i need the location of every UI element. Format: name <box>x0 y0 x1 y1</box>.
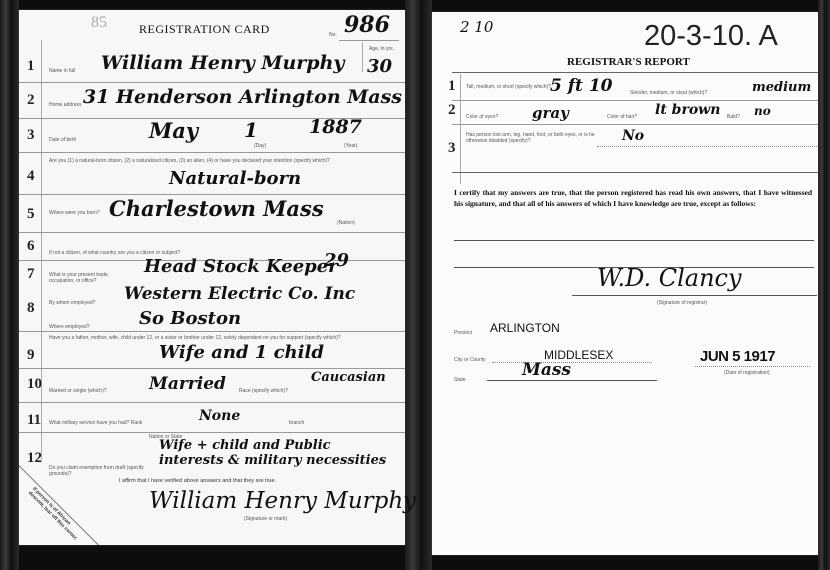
field-label: Where were you born? <box>49 210 100 216</box>
field-label: By whom employed? <box>49 300 95 306</box>
row-number: 3 <box>27 127 35 144</box>
field-label: Home address <box>49 102 82 108</box>
row-number: 8 <box>27 300 35 317</box>
county-label: City or County <box>454 357 486 363</box>
field-label: What military service have you had? Rank <box>49 420 142 426</box>
state-label: State <box>454 377 466 383</box>
bald-value: no <box>754 104 771 118</box>
row-number: 1 <box>27 58 35 75</box>
field-label: Are you (1) a natural-born citizen, (2) … <box>49 158 399 164</box>
field-label: Slender, medium, or stout (which)? <box>630 90 707 96</box>
build-value: medium <box>752 80 811 95</box>
form-code: 20-3-10. A <box>644 20 778 53</box>
handwritten-corner-note: 2 10 <box>460 18 493 36</box>
card-title: REGISTRATION CARD <box>139 22 270 37</box>
row-number: 11 <box>27 412 41 429</box>
nation-caption: (Nation) <box>337 220 355 226</box>
field-label: branch <box>289 420 304 426</box>
name-value: William Henry Murphy <box>101 52 344 74</box>
exemption-value-line2: interests & military necessities <box>159 453 386 468</box>
occupation-value: Head Stock Keeper <box>144 256 338 277</box>
tear-off-note: If person is of African descent, tear of… <box>27 486 85 544</box>
work-place-value: So Boston <box>139 308 241 329</box>
row-number: 6 <box>27 238 35 255</box>
field-label: What is your present trade, occupation, … <box>49 272 119 284</box>
birth-year: 1887 <box>309 116 362 138</box>
report-title: REGISTRAR'S REPORT <box>567 56 690 68</box>
citizenship-value: Natural-born <box>169 168 301 189</box>
date-caption: (Date of registration) <box>724 370 770 376</box>
row-number: 9 <box>27 347 35 364</box>
field-label: Bald? <box>727 114 740 120</box>
row-number: 2 <box>27 92 35 109</box>
row-number: 1 <box>448 78 456 95</box>
film-edge-left <box>0 0 19 570</box>
registrar-signature: W.D. Clancy <box>597 264 742 292</box>
field-label: Color of hair? <box>607 114 637 120</box>
registration-date: JUN 5 1917 <box>700 348 775 365</box>
signature-caption: (Signature or mark) <box>244 516 287 522</box>
field-label: Color of eyes? <box>466 114 498 120</box>
day-caption: (Day) <box>254 143 266 149</box>
birth-day: 1 <box>244 118 258 142</box>
hair-color-value: lt brown <box>655 102 720 118</box>
precinct-label: Precinct <box>454 330 472 336</box>
field-label: Tall, medium, or short (specify which)? <box>466 84 551 90</box>
registration-card: 85 REGISTRATION CARD No. 986 Age, in yrs… <box>19 10 405 545</box>
year-caption: (Year) <box>344 143 357 149</box>
height-value: 5 ft 10 <box>550 76 613 96</box>
field-label: Married or single (which)? <box>49 388 107 394</box>
military-rank-value: None <box>199 408 240 424</box>
marital-status-value: Married <box>149 374 226 394</box>
birth-month: May <box>149 118 198 143</box>
field-label: Has person lost arm, leg, hand, foot, or… <box>466 132 596 144</box>
age-value: 30 <box>367 56 392 77</box>
birthplace-value: Charlestown Mass <box>109 196 324 221</box>
registration-number: 986 <box>344 12 390 38</box>
precinct-value: ARLINGTON <box>490 321 560 335</box>
field-label: Date of birth <box>49 137 76 143</box>
field-label: Name in full <box>49 68 75 74</box>
exemption-value-line1: Wife + child and Public <box>159 438 331 453</box>
registrars-report-card: 2 10 20-3-10. A REGISTRAR'S REPORT 1 Tal… <box>432 12 818 555</box>
state-value: Mass <box>522 360 571 380</box>
no-label: No. <box>329 32 337 38</box>
field-label: Race (specify which)? <box>239 388 288 394</box>
serial-number: 85 <box>91 14 107 32</box>
employer-value: Western Electric Co. Inc <box>124 284 355 304</box>
row-number: 2 <box>448 102 456 119</box>
registrant-signature: William Henry Murphy <box>149 488 416 514</box>
affirmation-text: I affirm that I have verified above answ… <box>119 478 276 484</box>
row-number: 7 <box>27 266 35 283</box>
row-number: 5 <box>27 206 35 223</box>
field-label: Have you a father, mother, wife, child u… <box>49 335 399 341</box>
occupation-note: 29 <box>324 250 349 271</box>
disability-value: No <box>622 128 644 144</box>
row-number: 10 <box>27 376 42 393</box>
row-number: 4 <box>27 168 35 185</box>
tear-off-corner: If person is of African descent, tear of… <box>19 465 99 545</box>
age-label: Age, in yrs. <box>369 46 394 52</box>
eye-color-value: gray <box>532 104 569 122</box>
field-label: Where employed? <box>49 324 90 330</box>
registrar-caption: (Signature of registrar) <box>657 300 707 306</box>
home-address-value: 31 Henderson Arlington Mass <box>83 86 402 108</box>
dependents-value: Wife and 1 child <box>159 342 324 363</box>
certification-text: I certify that my answers are true, that… <box>454 187 812 209</box>
film-divider <box>405 0 432 570</box>
film-edge-right <box>818 0 830 570</box>
row-number: 3 <box>448 140 456 157</box>
race-value: Caucasian <box>311 370 386 385</box>
